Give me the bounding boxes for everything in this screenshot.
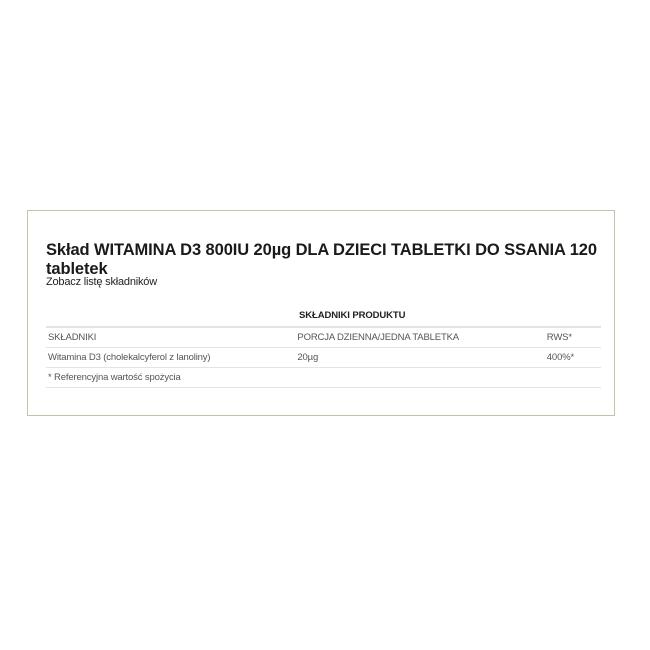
ingredient-rws: 400%* [545,348,601,368]
header-daily-dose: PORCJA DZIENNA/JEDNA TABLETKA [295,327,544,348]
footnote-row: * Referencyjna wartość spożycia [46,368,601,388]
header-ingredients: SKŁADNIKI [46,327,295,348]
ingredient-dose: 20µg [295,348,544,368]
product-ingredients-heading: SKŁADNIKI PRODUKTU [299,310,405,321]
view-ingredients-link[interactable]: Zobacz listę składników [46,276,157,288]
header-rws: RWS* [545,327,601,348]
ingredients-table: SKŁADNIKI PORCJA DZIENNA/JEDNA TABLETKA … [46,326,601,388]
table-header-row: SKŁADNIKI PORCJA DZIENNA/JEDNA TABLETKA … [46,327,601,348]
table-row: Witamina D3 (cholekalcyferol z lanoliny)… [46,348,601,368]
rws-footnote: * Referencyjna wartość spożycia [46,368,601,388]
ingredients-panel: Skład WITAMINA D3 800IU 20µg DLA DZIECI … [27,210,615,416]
ingredient-name: Witamina D3 (cholekalcyferol z lanoliny) [46,348,295,368]
product-composition-title: Skład WITAMINA D3 800IU 20µg DLA DZIECI … [46,241,606,279]
